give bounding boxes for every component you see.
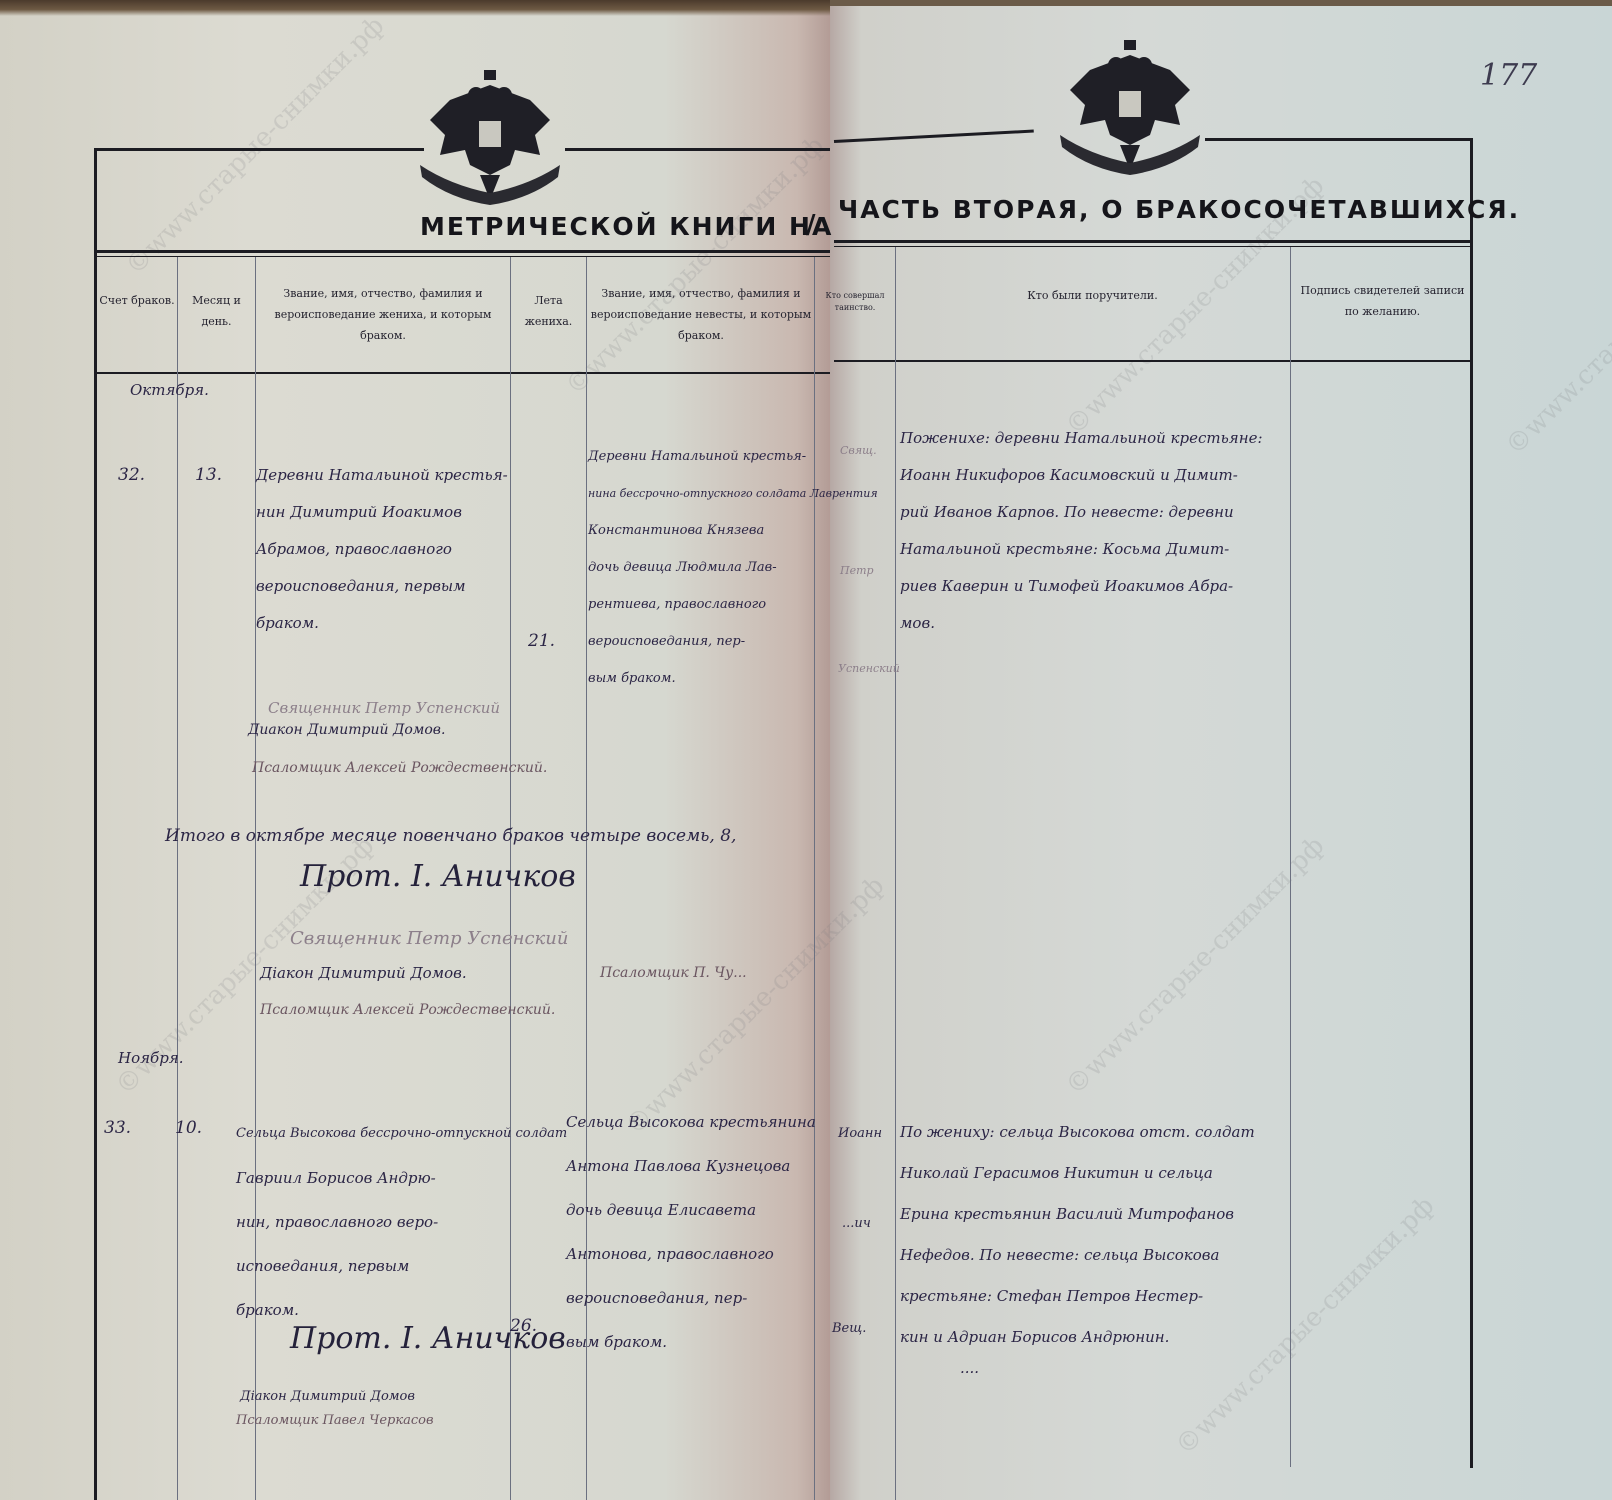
surety-line: кин и Адриан Борисов Андрюнин. bbox=[900, 1317, 1290, 1358]
groom-line: Гавриил Борисов Андрю- bbox=[236, 1156, 496, 1200]
title-separator: / bbox=[806, 210, 818, 240]
column-header-groom-age: Лета жениха. bbox=[511, 290, 586, 332]
surety-line: риев Каверин и Тимофей Иоакимов Абра- bbox=[900, 568, 1290, 605]
page-number: 177 bbox=[1480, 58, 1537, 93]
bride-line: Сельца Высокова крестьянина bbox=[566, 1100, 812, 1144]
column-header-sureties: Кто были поручители. bbox=[900, 285, 1285, 306]
column-divider bbox=[1290, 247, 1291, 1467]
groom-line: нин Димитрий Иоакимов bbox=[256, 494, 508, 531]
month-label-november: Ноября. bbox=[118, 1040, 184, 1077]
bride-line: дочь девица Елисавета bbox=[566, 1188, 812, 1232]
signature-psalmist: Псаломщик П. Чу... bbox=[600, 955, 747, 992]
column-header-rule-right bbox=[834, 360, 1470, 362]
book-top-edge bbox=[0, 0, 830, 16]
surety-line: Иоанн Никифоров Касимовский и Димит- bbox=[900, 457, 1290, 494]
surety-line: рий Иванов Карпов. По невесте: деревни bbox=[900, 494, 1290, 531]
signature-psalmist: Псаломщик Павел Черкасов bbox=[236, 1402, 434, 1439]
signature-deacon: Диакон Димитрий Домов. bbox=[248, 712, 445, 749]
sureties-record: По жениху: сельца Высокова отст. солдат … bbox=[900, 1112, 1290, 1378]
column-header-witness-signature: Подпись свидетелей записи по желанию. bbox=[1300, 280, 1465, 322]
book-top-edge-right bbox=[830, 0, 1612, 6]
surety-line: крестьяне: Стефан Петров Нестер- bbox=[900, 1276, 1290, 1317]
entry-day: 13. bbox=[195, 457, 222, 494]
groom-line: Сельца Высокова бессрочно-отпускной солд… bbox=[236, 1112, 496, 1156]
header-rule-thin bbox=[96, 256, 830, 257]
bride-record: Деревни Натальиной крестья- нина бессроч… bbox=[588, 438, 812, 697]
groom-line: Абрамов, православного bbox=[256, 531, 508, 568]
title-left: Метрической книги на bbox=[420, 212, 833, 241]
entry-number: 32. bbox=[118, 457, 145, 494]
surety-line: .... bbox=[900, 1358, 1290, 1378]
bride-line: рентиева, православного bbox=[588, 586, 812, 623]
officiant-note: Вещ. bbox=[832, 1310, 866, 1347]
frame-left bbox=[94, 148, 97, 1500]
signature-psalmist: Псаломщик Алексей Рождественский. bbox=[260, 992, 555, 1029]
surety-line: мов. bbox=[900, 605, 1290, 642]
bride-age: 21. bbox=[528, 623, 555, 660]
groom-line: вероисповедания, первым bbox=[256, 568, 508, 605]
surety-line: Нефедов. По невесте: сельца Высокова bbox=[900, 1235, 1290, 1276]
header-rule-right-thin bbox=[834, 246, 1470, 247]
frame-right bbox=[1470, 138, 1473, 1468]
bride-line: Константинова Князева bbox=[588, 512, 812, 549]
bride-line: вым браком. bbox=[566, 1320, 812, 1364]
column-header-date: Месяц и день. bbox=[178, 290, 255, 332]
bride-line: Деревни Натальиной крестья- bbox=[588, 438, 812, 475]
title-right: часть вторая, о бракосочетавшихся. bbox=[838, 195, 1520, 224]
signature-psalmist: Псаломщик Алексей Рождественский. bbox=[252, 750, 547, 787]
frame-top-right-2 bbox=[1205, 138, 1470, 141]
bride-line: Антонова, православного bbox=[566, 1232, 812, 1276]
double-headed-eagle-icon bbox=[1050, 35, 1210, 185]
officiant-note: Успенский bbox=[838, 650, 900, 687]
column-header-officiant: Кто совершал таинство. bbox=[815, 290, 895, 314]
surety-line: Николай Герасимов Никитин и сельца bbox=[900, 1153, 1290, 1194]
groom-line: исповедания, первым bbox=[236, 1244, 496, 1288]
officiant-note: Петр bbox=[840, 552, 874, 589]
signature-protopriest: Прот. І. Аничков bbox=[300, 858, 576, 895]
bride-record: Сельца Высокова крестьянина Антона Павло… bbox=[566, 1100, 812, 1364]
groom-line: Деревни Натальиной крестья- bbox=[256, 457, 508, 494]
signature-priest-faded: Священник Петр Успенский bbox=[290, 920, 568, 957]
bride-line: вым браком. bbox=[588, 660, 812, 697]
groom-line: нин, православного веро- bbox=[236, 1200, 496, 1244]
surety-line: Натальиной крестьяне: Косьма Димит- bbox=[900, 531, 1290, 568]
officiant-note: Иоанн bbox=[838, 1115, 882, 1152]
bride-line: дочь девица Людмила Лав- bbox=[588, 549, 812, 586]
surety-line: Поженихе: деревни Натальиной крестьяне: bbox=[900, 420, 1290, 457]
header-rule-right bbox=[834, 240, 1470, 243]
bride-line: вероисповедания, пер- bbox=[566, 1276, 812, 1320]
surety-line: Ерина крестьянин Василий Митрофанов bbox=[900, 1194, 1290, 1235]
signature-protopriest: Прот. І. Аничков bbox=[290, 1320, 566, 1357]
column-header-groom: Звание, имя, отчество, фамилия и вероисп… bbox=[262, 283, 504, 346]
sureties-record: Поженихе: деревни Натальиной крестьяне: … bbox=[900, 420, 1290, 642]
column-divider bbox=[814, 257, 815, 1500]
bride-line: нина бессрочно-отпускного солдата Лаврен… bbox=[588, 475, 812, 512]
surety-line: По жениху: сельца Высокова отст. солдат bbox=[900, 1112, 1290, 1153]
officiant-note: Свящ. bbox=[840, 432, 877, 469]
groom-record: Сельца Высокова бессрочно-отпускной солд… bbox=[236, 1112, 496, 1332]
month-label-october: Октября. bbox=[130, 372, 209, 409]
column-header-count: Счет браков. bbox=[97, 290, 177, 311]
bride-line: вероисповедания, пер- bbox=[588, 623, 812, 660]
column-header-bride: Звание, имя, отчество, фамилия и вероисп… bbox=[590, 283, 812, 346]
header-rule bbox=[96, 250, 830, 253]
october-total: Итого в октябре месяце повенчано браков … bbox=[165, 818, 736, 855]
column-divider bbox=[177, 257, 178, 1500]
frame-top-left bbox=[94, 148, 424, 151]
signature-deacon: Діакон Димитрий Домов. bbox=[260, 955, 467, 992]
frame-top-left-2 bbox=[565, 148, 830, 151]
groom-line: браком. bbox=[256, 605, 508, 642]
double-headed-eagle-icon bbox=[410, 65, 570, 215]
entry-day: 10. bbox=[175, 1110, 202, 1147]
groom-record: Деревни Натальиной крестья- нин Димитрий… bbox=[256, 457, 508, 642]
column-divider bbox=[895, 247, 896, 1500]
bride-line: Антона Павлова Кузнецова bbox=[566, 1144, 812, 1188]
entry-number: 33. bbox=[104, 1110, 131, 1147]
officiant-note: ...ич bbox=[842, 1205, 871, 1242]
